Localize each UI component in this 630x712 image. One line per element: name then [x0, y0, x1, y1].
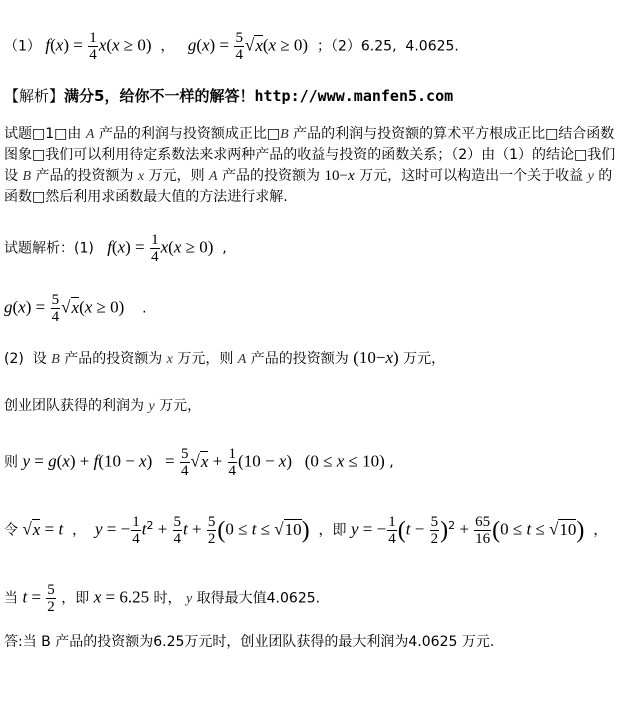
- solution-profit-definition: 创业团队获得的利润为 y 万元，: [4, 396, 201, 417]
- answer-line: （1） f(x) = 14x(x ≥ 0) ， g(x) = 54√x(x ≥ …: [4, 30, 459, 63]
- solution-banner: 【解析】满分5，给你不一样的解答！http://www.manfen5.com: [4, 86, 453, 106]
- solution-substitution: 令 √x = t ， y = −14t2 + 54t + 52(0 ≤ t ≤ …: [4, 514, 607, 547]
- banner-bracket-label: 【解析】: [4, 87, 64, 105]
- banner-slogan: 满分5，给你不一样的解答！: [64, 87, 254, 105]
- banner-url[interactable]: http://www.manfen5.com: [254, 87, 453, 105]
- analysis-paragraph: 试题□1□由 A 产品的利润与投资额成正比□B 产品的利润与投资额的算术平方根成…: [4, 124, 626, 208]
- solution-profit-formula: 则 y = g(x) + f(10 − x) = 54√x + 14(10 − …: [4, 446, 394, 479]
- solution-max-line: 当 t = 52 ，即 x = 6.25 时， y 取得最大值4.0625.: [4, 582, 320, 615]
- solution-g-definition: g(x) = 54√x(x ≥ 0) .: [4, 292, 147, 325]
- solution-step2: (2) 设 B 产品的投资额为 x 万元，则 A 产品的投资额为 (10−x) …: [4, 348, 445, 370]
- solution-conclusion: 答:当 B 产品的投资额为6.25万元时，创业团队获得的最大利润为4.0625 …: [4, 632, 494, 652]
- solution-f-definition: 试题解析：(1) f(x) = 14x(x ≥ 0) ,: [4, 232, 227, 265]
